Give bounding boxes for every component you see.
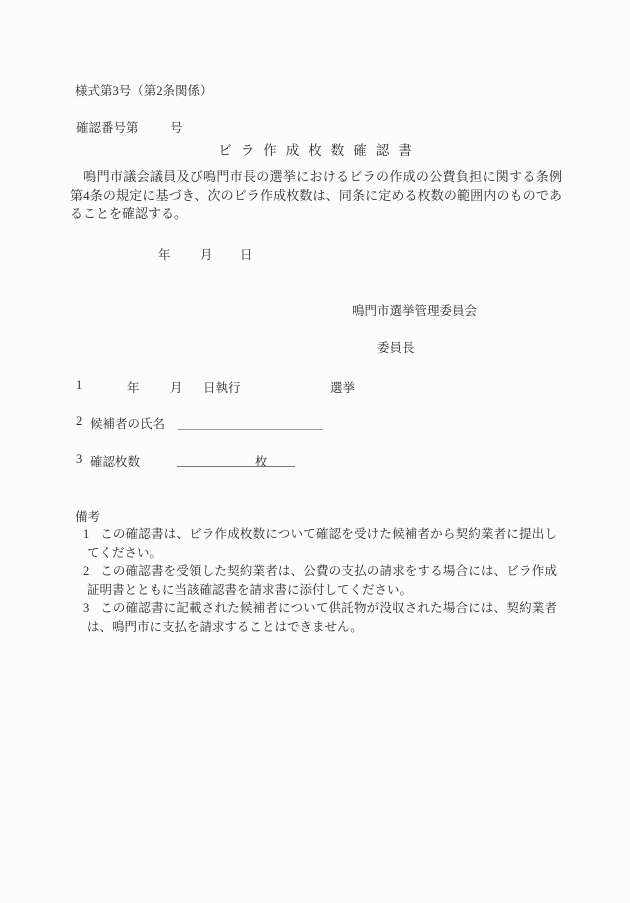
confirmed-count-label: 確認枚数 — [90, 452, 140, 470]
day-label: 日 — [240, 245, 253, 263]
confirmation-number-line: 確認番号第 号 — [76, 118, 276, 136]
sheets-unit-label: 枚 — [255, 452, 268, 470]
remark-note-3-number: 3 — [83, 599, 100, 618]
election-day-executed-label: 日執行 — [203, 378, 241, 396]
remark-note-1-number: 1 — [83, 525, 100, 544]
field-row-election-date: 1 年 月 日執行 選挙 — [0, 378, 630, 395]
remark-note-2: 2この確認書を受領した契約業者は、公費の支払の請求をする場合には、ビラ作成証明書… — [87, 562, 557, 599]
remark-note-2-text: この確認書を受領した契約業者は、公費の支払の請求をする場合には、ビラ作成証明書と… — [87, 564, 557, 597]
document-page: 様式第3号（第2条関係） 確認番号第 号 ビラ作成枚数確認書 鳴門市議会議員及び… — [0, 0, 630, 903]
remark-note-3-text: この確認書に記載された候補者について供託物が没収された場合には、契約業者は、鳴門… — [87, 601, 557, 634]
candidate-name-label: 候補者の氏名 — [90, 414, 165, 432]
confirmation-number-prefix: 確認番号第 — [76, 121, 139, 135]
year-label: 年 — [158, 248, 171, 262]
election-month-label: 月 — [170, 378, 183, 396]
form-number: 様式第3号（第2条関係） — [75, 81, 213, 99]
election-year-label: 年 — [127, 378, 140, 396]
date-blank-line: 年 月 日 — [158, 245, 278, 261]
issuer-chairman-label: 委員長 — [377, 338, 415, 356]
remark-note-1-text: この確認書は、ビラ作成枚数について確認を受けた候補者から契約業者に提出してくださ… — [87, 527, 557, 560]
confirmation-number-suffix: 号 — [170, 118, 183, 136]
document-title: ビラ作成枚数確認書 — [0, 139, 630, 159]
field-number-1: 1 — [76, 378, 82, 393]
body-paragraph: 鳴門市議会議員及び鳴門市長の選挙におけるビラの作成の公費負担に関する条例第4条の… — [70, 168, 562, 224]
confirmed-count-blank-field — [177, 466, 295, 467]
remarks-heading: 備考 — [75, 507, 100, 525]
field-row-confirmed-count: 3 確認枚数 枚 — [0, 452, 630, 469]
field-number-3: 3 — [76, 452, 82, 467]
election-name-label: 選挙 — [330, 378, 355, 396]
remark-note-2-number: 2 — [83, 562, 100, 581]
candidate-name-blank-field — [178, 429, 323, 430]
field-number-2: 2 — [76, 414, 82, 429]
month-label: 月 — [200, 245, 213, 263]
issuer-organization: 鳴門市選挙管理委員会 — [352, 301, 477, 319]
remark-note-3: 3この確認書に記載された候補者について供託物が没収された場合には、契約業者は、鳴… — [87, 599, 557, 636]
remark-note-1: 1この確認書は、ビラ作成枚数について確認を受けた候補者から契約業者に提出してくだ… — [87, 525, 557, 562]
